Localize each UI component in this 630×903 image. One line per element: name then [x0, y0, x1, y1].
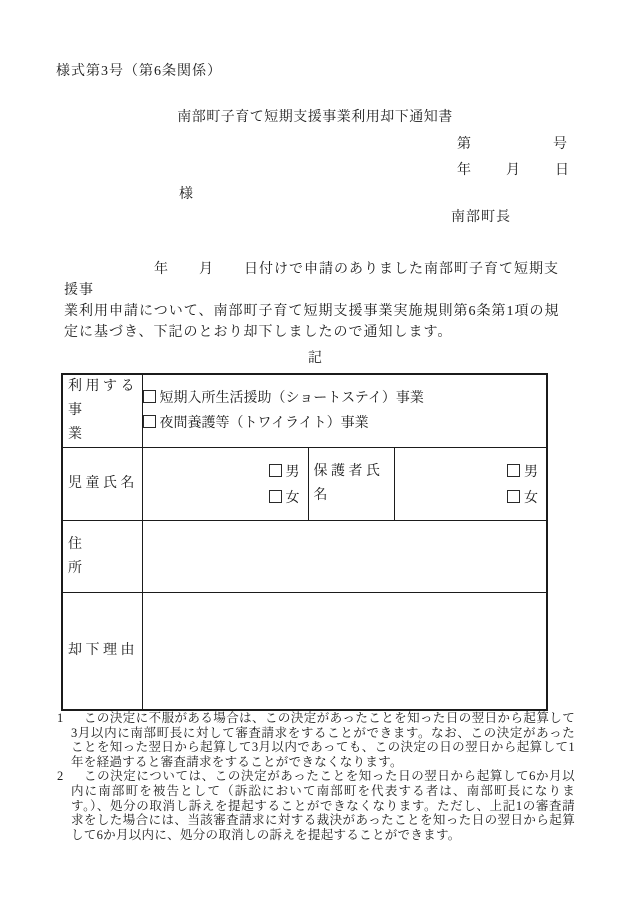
- guardian-gender-male: 男: [507, 461, 538, 481]
- option-short-stay: 短期入所生活援助（ショートステイ）事業: [143, 386, 547, 411]
- footnote-2: 2 この決定については、この決定があったことを知った日の翌日から起算して6か月以…: [57, 769, 575, 842]
- table-row-service: 利 用 す る 事 業 短期入所生活援助（ショートステイ）事業 夜間養護等（トワ…: [62, 374, 547, 448]
- page-title: 南部町子育て短期支援事業利用却下通知書: [0, 106, 630, 126]
- year-label: 年: [457, 159, 471, 179]
- footnotes: 1 この決定に不服がある場合は、この決定があったことを知った日の翌日から起算して…: [57, 711, 575, 842]
- checkbox-icon[interactable]: [269, 464, 282, 477]
- table-row-reason: 却 下 理 由: [62, 593, 547, 710]
- table-row-address: 住 所: [62, 521, 547, 593]
- footnote-2-text: この決定については、この決定があったことを知った日の翌日から起算して6か月以内に…: [71, 769, 575, 842]
- document-number-line: 第 号: [457, 133, 567, 153]
- address-label: 住 所: [62, 521, 142, 593]
- addressee-honorific: 様: [179, 183, 193, 203]
- record-heading: 記: [0, 347, 630, 367]
- female-label: 女: [286, 491, 300, 506]
- checkbox-icon[interactable]: [269, 490, 282, 503]
- number-prefix-label: 第: [457, 133, 471, 153]
- option-short-stay-label: 短期入所生活援助（ショートステイ）事業: [160, 391, 424, 406]
- service-options-cell: 短期入所生活援助（ショートステイ）事業 夜間養護等（トワイライト）事業: [142, 374, 547, 448]
- guardian-gender-group: 男 女: [507, 461, 546, 507]
- body-paragraph: 年 月 日付けで申請のありました南部町子育て短期支援事 業利用申請について、南部…: [64, 259, 570, 343]
- child-gender-group: 男 女: [269, 461, 308, 507]
- guardian-name-label: 保 護 者 氏 名: [308, 448, 394, 521]
- option-twilight-label: 夜間養護等（トワイライト）事業: [160, 416, 369, 431]
- sender-name: 南部町長: [451, 206, 511, 226]
- service-row-label: 利 用 す る 事 業: [62, 374, 142, 448]
- male-label: 男: [286, 465, 300, 480]
- checkbox-icon[interactable]: [507, 464, 520, 477]
- guardian-name-field[interactable]: 男 女: [394, 448, 547, 521]
- date-line: 年 月 日: [457, 159, 569, 179]
- day-label: 日: [555, 159, 569, 179]
- child-name-field[interactable]: 男 女: [142, 448, 308, 521]
- rejection-reason-label: 却 下 理 由: [62, 593, 142, 710]
- child-gender-female: 女: [269, 487, 300, 507]
- checkbox-icon[interactable]: [143, 415, 156, 428]
- footnote-2-number: 2: [57, 769, 64, 784]
- address-field[interactable]: [142, 521, 547, 593]
- footnote-1-text: この決定に不服がある場合は、この決定があったことを知った日の翌日から起算して3月…: [71, 711, 575, 769]
- notice-table: 利 用 す る 事 業 短期入所生活援助（ショートステイ）事業 夜間養護等（トワ…: [61, 373, 548, 711]
- child-gender-male: 男: [269, 461, 300, 481]
- male-label: 男: [524, 465, 538, 480]
- guardian-gender-female: 女: [507, 487, 538, 507]
- number-suffix-label: 号: [553, 133, 567, 153]
- female-label: 女: [524, 491, 538, 506]
- option-twilight: 夜間養護等（トワイライト）事業: [143, 411, 547, 436]
- footnote-1-number: 1: [57, 711, 64, 726]
- rejection-reason-field[interactable]: [142, 593, 547, 710]
- table-row-names: 児 童 氏 名 男 女 保 護 者 氏 名 男 女: [62, 448, 547, 521]
- checkbox-icon[interactable]: [507, 490, 520, 503]
- child-name-label: 児 童 氏 名: [62, 448, 142, 521]
- form-number: 様式第3号（第6条関係）: [56, 60, 222, 80]
- checkbox-icon[interactable]: [143, 390, 156, 403]
- document-page: 様式第3号（第6条関係） 南部町子育て短期支援事業利用却下通知書 第 号 年 月…: [0, 0, 630, 903]
- month-label: 月: [506, 159, 520, 179]
- footnote-1: 1 この決定に不服がある場合は、この決定があったことを知った日の翌日から起算して…: [57, 711, 575, 769]
